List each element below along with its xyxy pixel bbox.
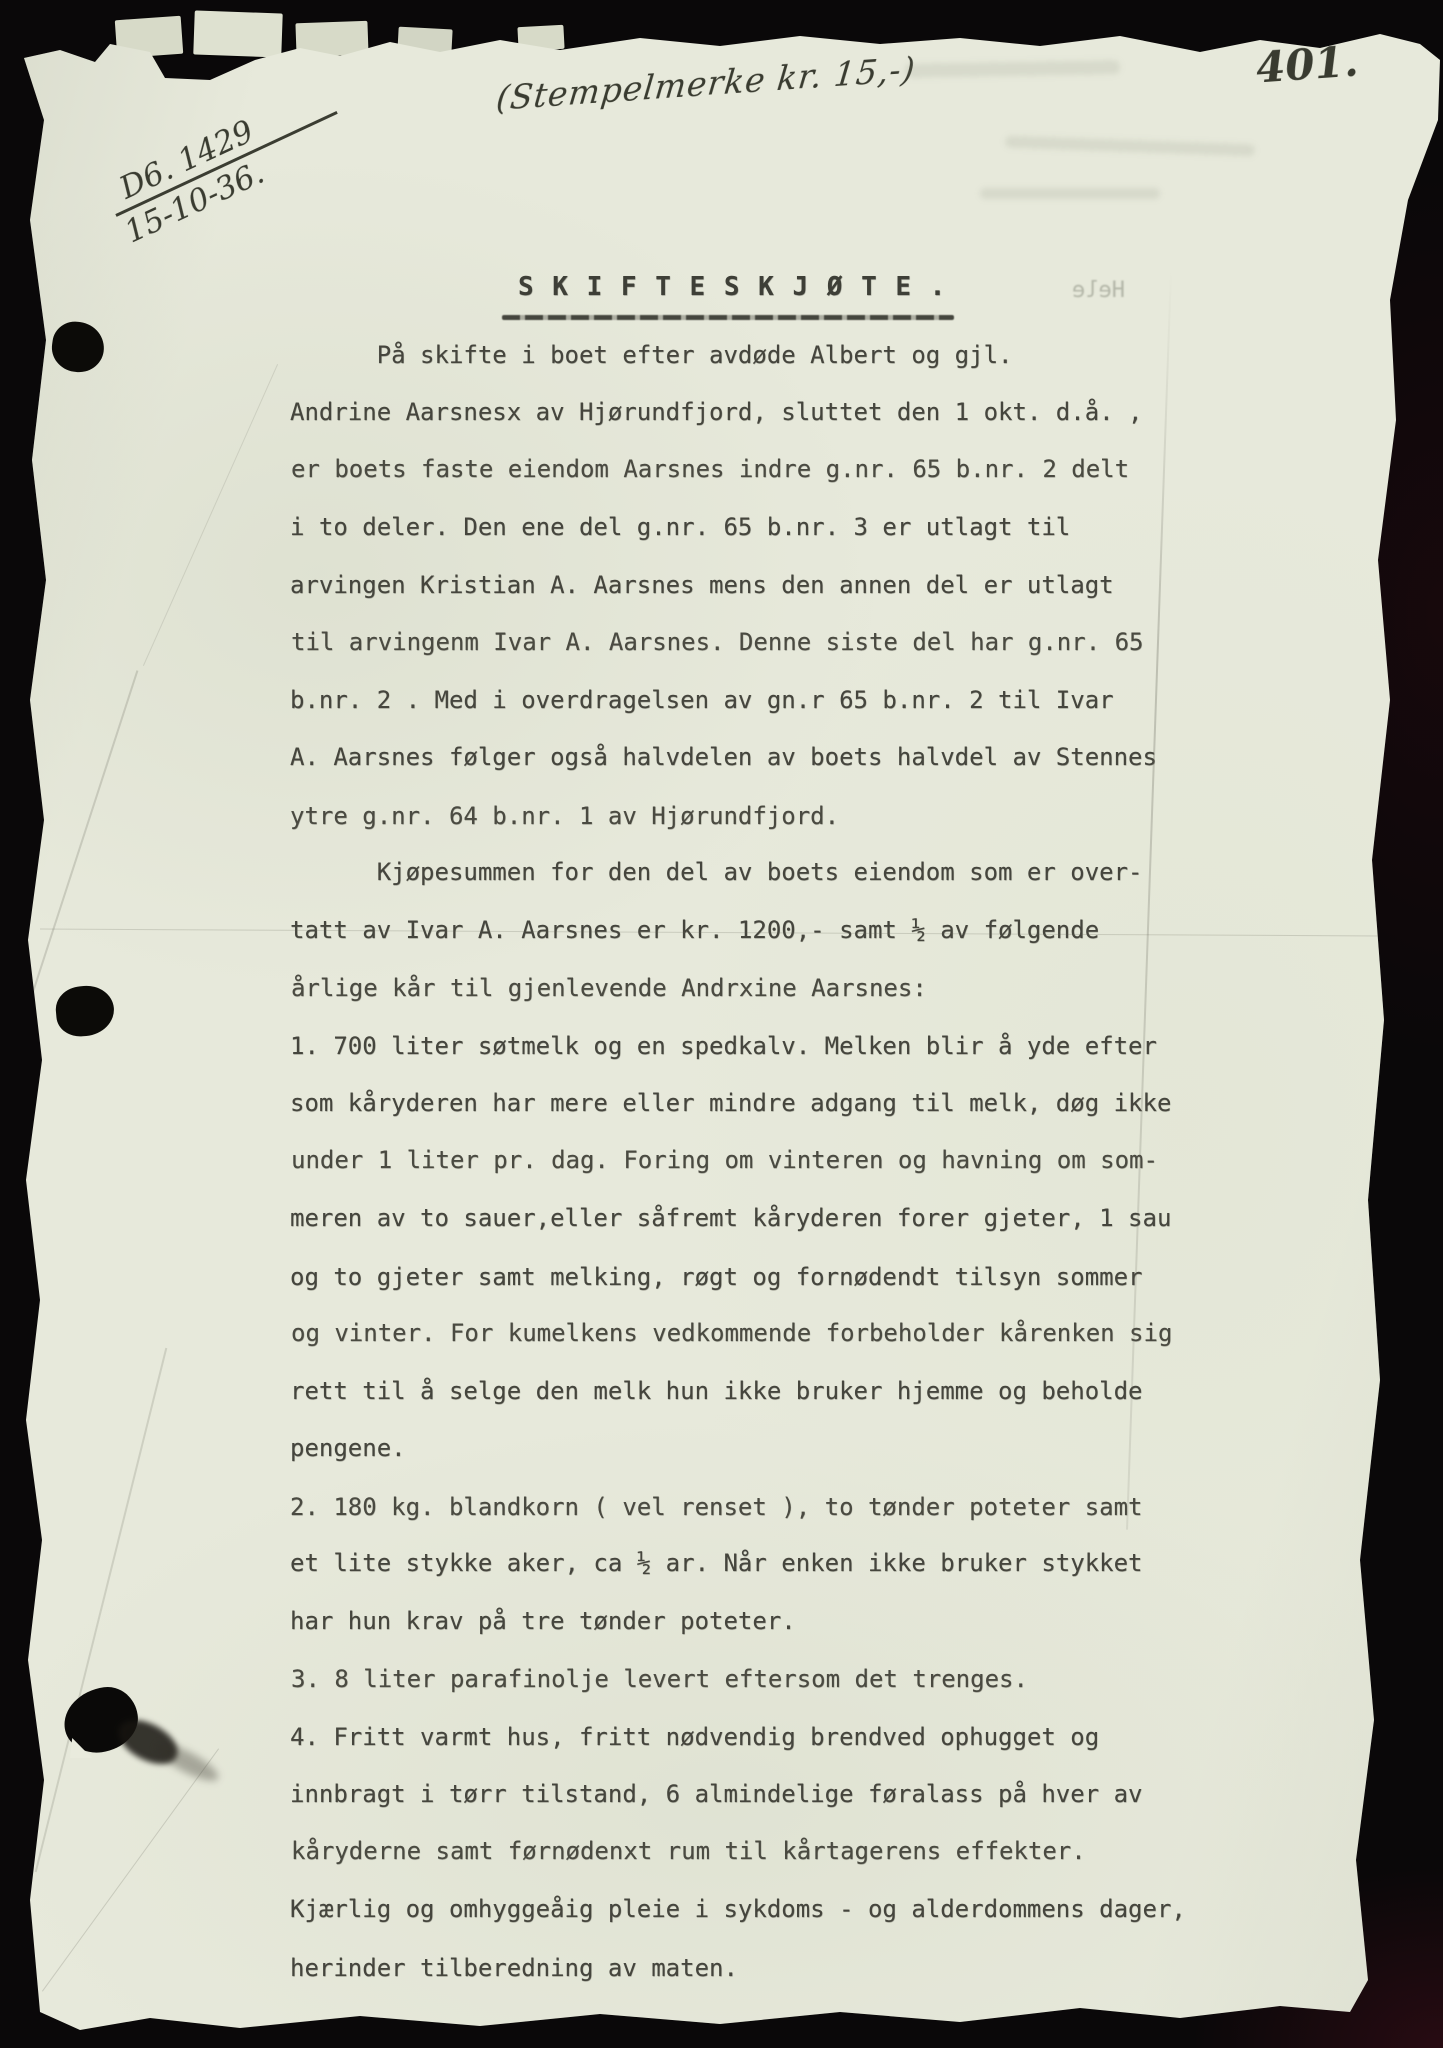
document-line: b.nr. 2 . Med i overdragelsen av gn.r 65…: [290, 672, 1290, 730]
document-line: innbragt i tørr tilstand, 6 almindelige …: [290, 1766, 1290, 1824]
document-line: og to gjeter samt melking, røgt og fornø…: [290, 1249, 1290, 1307]
document-line: kåryderne samt førnødenxt rum til kårtag…: [291, 1823, 1291, 1881]
document-line: 3. 8 liter parafinolje levert eftersom d…: [291, 1651, 1291, 1709]
bleedthrough-smudge: [980, 188, 1160, 199]
document-line: 2. 180 kg. blandkorn ( vel renset ), to …: [290, 1479, 1290, 1537]
document-line: 4. Fritt varmt hus, fritt nødvendig bren…: [290, 1709, 1290, 1767]
document-line: er boets faste eiendom Aarsnes indre g.n…: [291, 441, 1291, 499]
bleedthrough-smudge: [1005, 136, 1255, 157]
document-line: i to deler. Den ene del g.nr. 65 b.nr. 3…: [290, 499, 1290, 557]
document-line: til arvingenm Ivar A. Aarsnes. Denne sis…: [291, 614, 1291, 672]
journal-annotation: D6. 1429 15-10-36.: [100, 71, 369, 252]
document-line: ytre g.nr. 64 b.nr. 1 av Hjørundfjord.: [290, 788, 1290, 846]
document-title: S K I F T E S K J Ø T E .: [518, 272, 947, 302]
document-line: og vinter. For kumelkens vedkommende for…: [291, 1305, 1291, 1363]
document-line: årlige kår til gjenlevende Andrxine Aars…: [291, 960, 1291, 1018]
title-underline: [502, 315, 954, 320]
bleedthrough-smudge: [905, 60, 1120, 78]
document-line: meren av to sauer,eller såfremt kårydere…: [290, 1190, 1290, 1248]
document-line: har hun krav på tre tønder poteter.: [290, 1593, 1290, 1651]
paper-scratch: [143, 364, 278, 666]
page-number: 401.: [1254, 36, 1359, 92]
document-line: pengene.: [290, 1420, 1290, 1478]
document-line: På skifte i boet efter avdøde Albert og …: [290, 327, 1290, 385]
paper-scratch: [42, 1748, 219, 1991]
paper-scratch: [35, 1348, 168, 1872]
paper-sheet: (Stempelmerke kr. 15,-) 401. D6. 1429 15…: [0, 0, 1443, 2048]
scanned-page: (Stempelmerke kr. 15,-) 401. D6. 1429 15…: [0, 0, 1443, 2048]
document-line: et lite stykke aker, ca ½ ar. Når enken …: [290, 1535, 1290, 1593]
document-line: Kjøpesummen for den del av boets eiendom…: [290, 844, 1290, 902]
document-line: Kjærlig og omhyggeåig pleie i sykdoms - …: [290, 1881, 1290, 1939]
document-line: 1. 700 liter søtmelk og en spedkalv. Mel…: [290, 1018, 1290, 1076]
stamp-note-handwritten: (Stempelmerke kr. 15,-): [494, 49, 917, 118]
document-line: herinder tilberedning av maten.: [290, 1940, 1290, 1998]
tape-fragment: [193, 10, 282, 57]
punch-hole-middle: [54, 984, 116, 1039]
document-line: rett til å selge den melk hun ikke bruke…: [290, 1363, 1290, 1421]
bleedthrough-text: Hele: [1072, 278, 1125, 303]
punch-hole-top: [49, 319, 107, 376]
document-line: A. Aarsnes følger også halvdelen av boet…: [290, 729, 1290, 787]
document-line: Andrine Aarsnesx av Hjørundfjord, slutte…: [290, 384, 1290, 442]
document-line: arvingen Kristian A. Aarsnes mens den an…: [290, 557, 1290, 615]
